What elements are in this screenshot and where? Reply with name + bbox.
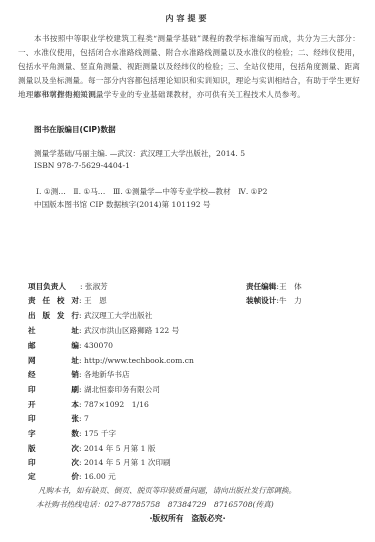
credit-format: 开本:787×1092 1/16 [28,399,149,410]
credit-publisher: 出版发行:武汉理工大学出版社 [28,310,152,321]
credit-value: 2014 年 5 月第 1 版 [84,444,155,453]
credit-value: 牛 力 [279,296,302,305]
credit-value: 16.00 元 [84,472,116,481]
credit-sheets: 印张:7 [28,413,89,424]
credit-label: 印刷 [28,384,79,395]
credit-label: 字数 [28,428,79,439]
credit-label: 版次 [28,443,79,454]
credit-value: 787×1092 1/16 [84,400,149,409]
credit-label: 项目负责人 [28,281,80,292]
credit-website: 网址:http://www.techbook.com.cn [28,355,194,366]
hotline-notice: 本社购书热线电话：027-87785758 87384729 87165708(… [36,499,274,510]
credit-distributor: 经销:各地新华书店 [28,369,130,380]
credit-label: 邮编 [28,340,79,351]
website-link[interactable]: http://www.techbook.com.cn [84,356,194,365]
cip-classification: Ⅰ. ①测… Ⅱ. ①马… Ⅲ. ①测量学—中等专业学校—教材 Ⅳ. ①P2 [36,186,267,197]
credit-value: 王 恩 [84,296,107,305]
credit-label: 定价 [28,471,79,482]
credit-value: 武汉市洪山区路狮路 122 号 [84,326,179,335]
credit-price: 定价:16.00 元 [28,471,116,482]
credit-project-lead: 项目负责人:张淑芳 [28,281,108,292]
credit-proofreader: 责任校对:王 恩 [28,295,107,306]
summary-title: 内容提要 [0,13,375,24]
credit-value: 各地新华书店 [84,370,130,379]
credit-label: 责任校对 [28,295,79,306]
credit-value: 2014 年 5 月第 1 次印刷 [84,458,171,467]
summary-paragraph-2: 本书可作为相关测量学专业的专业基础课教材，亦可供有关工程技术人员参考。 [18,88,360,102]
credit-printer: 印刷:湖北恒泰印务有限公司 [28,384,160,395]
credit-label: 开本 [28,399,79,410]
credit-value: 175 千字 [84,429,116,438]
cip-heading: 图书在版编目(CIP)数据 [34,124,116,135]
copyright-page: 内容提要 本书按照中等职业学校建筑工程类“测量学基础”课程的教学标准编写而成，共… [0,0,375,542]
credit-value: 王 体 [279,282,302,291]
credit-label: 印次 [28,457,79,468]
credit-label: 责任编辑 [246,282,276,291]
copyright-statement: ·版权所有 盗版必究· [0,513,375,524]
credit-value: 武汉理工大学出版社 [84,311,152,320]
credit-printing: 印次:2014 年 5 月第 1 次印刷 [28,457,171,468]
cip-title-line: 测量学基础/马丽主编. —武汉：武汉理工大学出版社，2014. 5 [34,148,245,159]
quality-notice: 凡购本书，如有缺页、倒页、脱页等印装质量问题，请向出版社发行部调换。 [38,485,296,496]
credit-value: 湖北恒泰印务有限公司 [84,385,160,394]
credit-address: 社址:武汉市洪山区路狮路 122 号 [28,325,179,336]
credit-designer: 装帧设计:牛 力 [246,295,302,306]
credit-value: 张淑芳 [85,282,108,291]
cip-isbn-line: ISBN 978-7-5629-4404-1 [34,161,130,170]
credit-label: 社址 [28,325,79,336]
credit-label: 出版发行 [28,310,79,321]
credit-word-count: 字数:175 千字 [28,428,116,439]
credit-label: 印张 [28,413,79,424]
credit-postcode: 邮编:430070 [28,340,113,351]
credit-value: 7 [84,414,89,423]
credit-label: 网址 [28,355,79,366]
credit-edition: 版次:2014 年 5 月第 1 版 [28,443,155,454]
credit-label: 经销 [28,369,79,380]
cip-library-record: 中国版本图书馆 CIP 数据核字(2014)第 101192 号 [34,199,211,210]
credit-editor: 责任编辑:王 体 [246,281,302,292]
credit-label: 装帧设计 [246,296,276,305]
credit-value: 430070 [84,341,113,350]
